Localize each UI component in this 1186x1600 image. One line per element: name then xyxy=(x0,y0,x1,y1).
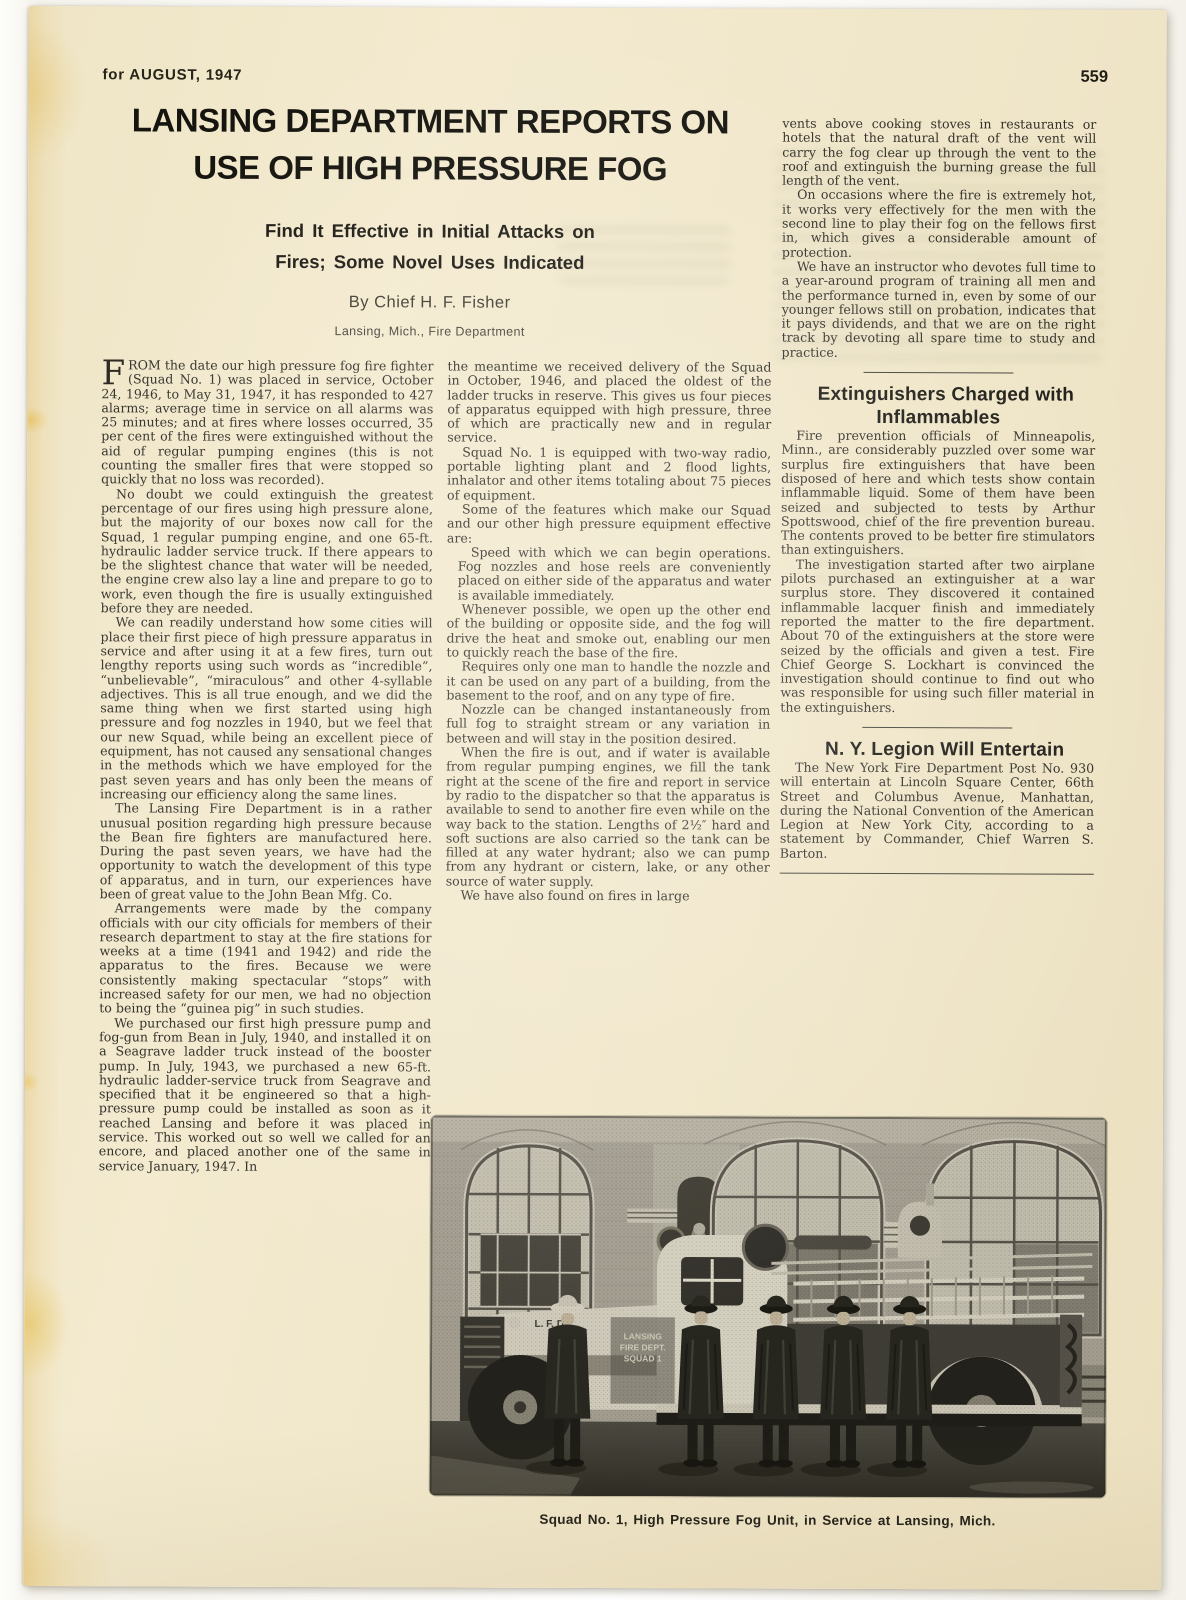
section-divider-rule xyxy=(863,372,1013,374)
article-title-line2: USE OF HIGH PRESSURE FOG xyxy=(193,149,667,188)
author-affiliation: Lansing, Mich., Fire Department xyxy=(98,323,762,339)
body-paragraph: On occasions where the fire is extremely… xyxy=(782,188,1096,261)
body-paragraph: FROM the date our high pressure fog fire… xyxy=(101,358,433,488)
body-paragraph: We can readily understand how some citie… xyxy=(100,616,433,803)
article-title-line1: LANSING DEPARTMENT REPORTS ON xyxy=(132,101,729,140)
body-paragraph: Nozzle can be changed instantaneously fr… xyxy=(446,703,770,747)
body-paragraph: Squad No. 1 is equipped with two-way rad… xyxy=(447,445,771,503)
issue-date: for AUGUST, 1947 xyxy=(102,66,242,83)
body-paragraph: The investigation started after two airp… xyxy=(780,557,1095,715)
article-subtitle: Find It Effective in Initial Attacks on … xyxy=(98,214,762,278)
body-paragraph: vents above cooking stoves in restaurant… xyxy=(782,117,1096,190)
section-heading-extinguishers: Extinguishers Charged with Inflammables xyxy=(781,383,1095,430)
squad1-photo: L. F. D. LANSING FIRE DEPT. SQUAD 1 xyxy=(430,1115,1107,1497)
body-paragraph: the meantime we received delivery of the… xyxy=(447,359,771,446)
article-subtitle-line1: Find It Effective in Initial Attacks on xyxy=(265,220,595,242)
column-3: vents above cooking stoves in restaurant… xyxy=(780,117,1097,875)
fire-truck-photo-illustration: L. F. D. LANSING FIRE DEPT. SQUAD 1 xyxy=(430,1115,1107,1497)
body-paragraph: Requires only one man to handle the nozz… xyxy=(446,660,770,704)
body-paragraph: No doubt we could extinguish the greates… xyxy=(101,487,433,617)
body-paragraph: We have an instructor who devotes full t… xyxy=(782,260,1096,361)
body-paragraph: Some of the features which make our Squa… xyxy=(447,502,771,546)
byline: By Chief H. F. Fisher xyxy=(98,292,762,313)
page-number: 559 xyxy=(1080,68,1108,87)
section-heading-legion: N. Y. Legion Will Entertain xyxy=(780,738,1094,762)
column-end-rule xyxy=(780,873,1094,875)
column-2: the meantime we received delivery of the… xyxy=(446,359,772,903)
drop-cap: F xyxy=(101,358,128,386)
body-paragraph: Arrangements were made by the company of… xyxy=(99,902,431,1018)
body-paragraph: Fire prevention officials of Minneapolis… xyxy=(781,429,1095,559)
body-paragraph: The Lansing Fire Department is in a rath… xyxy=(100,801,432,902)
column-1: FROM the date our high pressure fog fire… xyxy=(99,358,434,1174)
article-subtitle-line2: Fires; Some Novel Uses Indicated xyxy=(275,251,584,273)
body-paragraph: When the fire is out, and if water is av… xyxy=(446,745,770,889)
body-paragraph: We purchased our first high pressure pum… xyxy=(99,1016,432,1174)
magazine-page: for AUGUST, 1947 559 LANSING DEPARTMENT … xyxy=(23,6,1167,1590)
body-paragraph: We have also found on fires in large xyxy=(446,888,770,903)
body-paragraph: Whenever possible, we open up the other … xyxy=(446,603,770,661)
photo-caption: Squad No. 1, High Pressure Fog Unit, in … xyxy=(429,1511,1105,1528)
section-divider-rule xyxy=(862,727,1012,729)
article-title: LANSING DEPARTMENT REPORTS ON USE OF HIG… xyxy=(98,96,762,192)
body-paragraph: Speed with which we can begin operations… xyxy=(458,545,771,603)
paragraph-text: ROM the date our high pressure fog fire … xyxy=(101,357,433,487)
body-paragraph: The New York Fire Department Post No. 93… xyxy=(780,761,1094,862)
